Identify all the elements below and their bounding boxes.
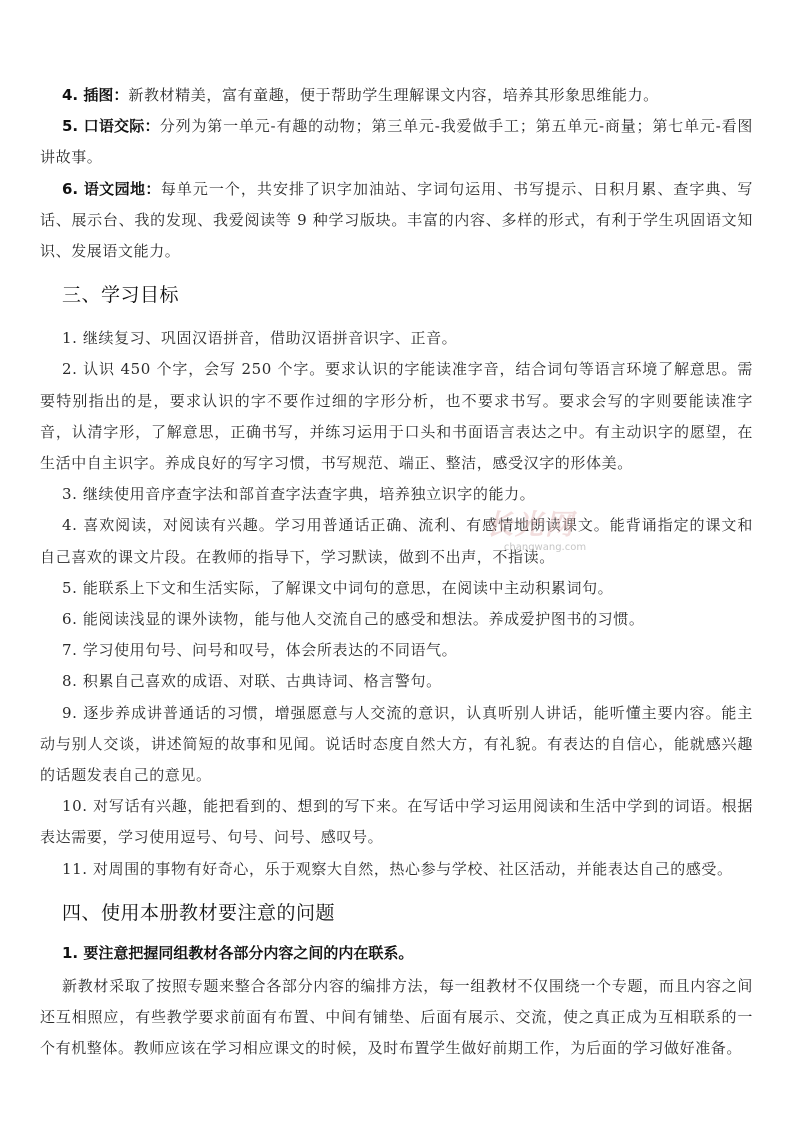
item-oral-communication: 5. 口语交际：分列为第一单元-有趣的动物；第三单元-我爱做手工；第五单元-商量…: [40, 111, 753, 173]
item-label: 6. 语文园地：: [62, 180, 161, 198]
goal-item: 10. 对写话有兴趣，能把看到的、想到的写下来。在写话中学习运用阅读和生活中学到…: [40, 791, 753, 853]
goal-item: 8. 积累自己喜欢的成语、对联、古典诗词、格言警句。: [40, 666, 753, 697]
goal-item: 9. 逐步养成讲普通话的习惯，增强愿意与人交流的意识，认真听别人讲话，能听懂主要…: [40, 698, 753, 792]
item-label: 5. 口语交际：: [62, 117, 160, 135]
goal-item: 2. 认识 450 个字，会写 250 个字。要求认识的字能读准字音，结合词句等…: [40, 354, 753, 479]
goal-item: 1. 继续复习、巩固汉语拼音，借助汉语拼音识字、正音。: [40, 323, 753, 354]
goal-item: 5. 能联系上下文和生活实际，了解课文中词句的意思，在阅读中主动积累词句。: [40, 573, 753, 604]
item-language-garden: 6. 语文园地：每单元一个，共安排了识字加油站、字词句运用、书写提示、日积月累、…: [40, 174, 753, 268]
body-paragraph: 新教材采取了按照专题来整合各部分内容的编排方法，每一组教材不仅围绕一个专题，而且…: [40, 971, 753, 1065]
goal-item: 7. 学习使用句号、问号和叹号，体会所表达的不同语气。: [40, 635, 753, 666]
goal-item: 11. 对周围的事物有好奇心，乐于观察大自然，热心参与学校、社区活动，并能表达自…: [40, 854, 753, 885]
goal-item: 6. 能阅读浅显的课外读物，能与他人交流自己的感受和想法。养成爱护图书的习惯。: [40, 604, 753, 635]
document-page: 4. 插图：新教材精美，富有童趣，便于帮助学生理解课文内容，培养其形象思维能力。…: [40, 80, 753, 1064]
item-label: 4. 插图：: [62, 86, 128, 104]
goal-item: 4. 喜欢阅读，对阅读有兴趣。学习用普通话正确、流利、有感情地朗读课文。能背诵指…: [40, 510, 753, 572]
section-heading-learning-goals: 三、学习目标: [40, 273, 753, 317]
item-illustrations: 4. 插图：新教材精美，富有童趣，便于帮助学生理解课文内容，培养其形象思维能力。: [40, 80, 753, 111]
item-text: 新教材精美，富有童趣，便于帮助学生理解课文内容，培养其形象思维能力。: [128, 86, 658, 104]
subheading-internal-connection: 1. 要注意把握同组教材各部分内容之间的内在联系。: [40, 935, 753, 971]
section-heading-usage-notes: 四、使用本册教材要注意的问题: [40, 891, 753, 935]
goal-item: 3. 继续使用音序查字法和部首查字法查字典，培养独立识字的能力。: [40, 479, 753, 510]
